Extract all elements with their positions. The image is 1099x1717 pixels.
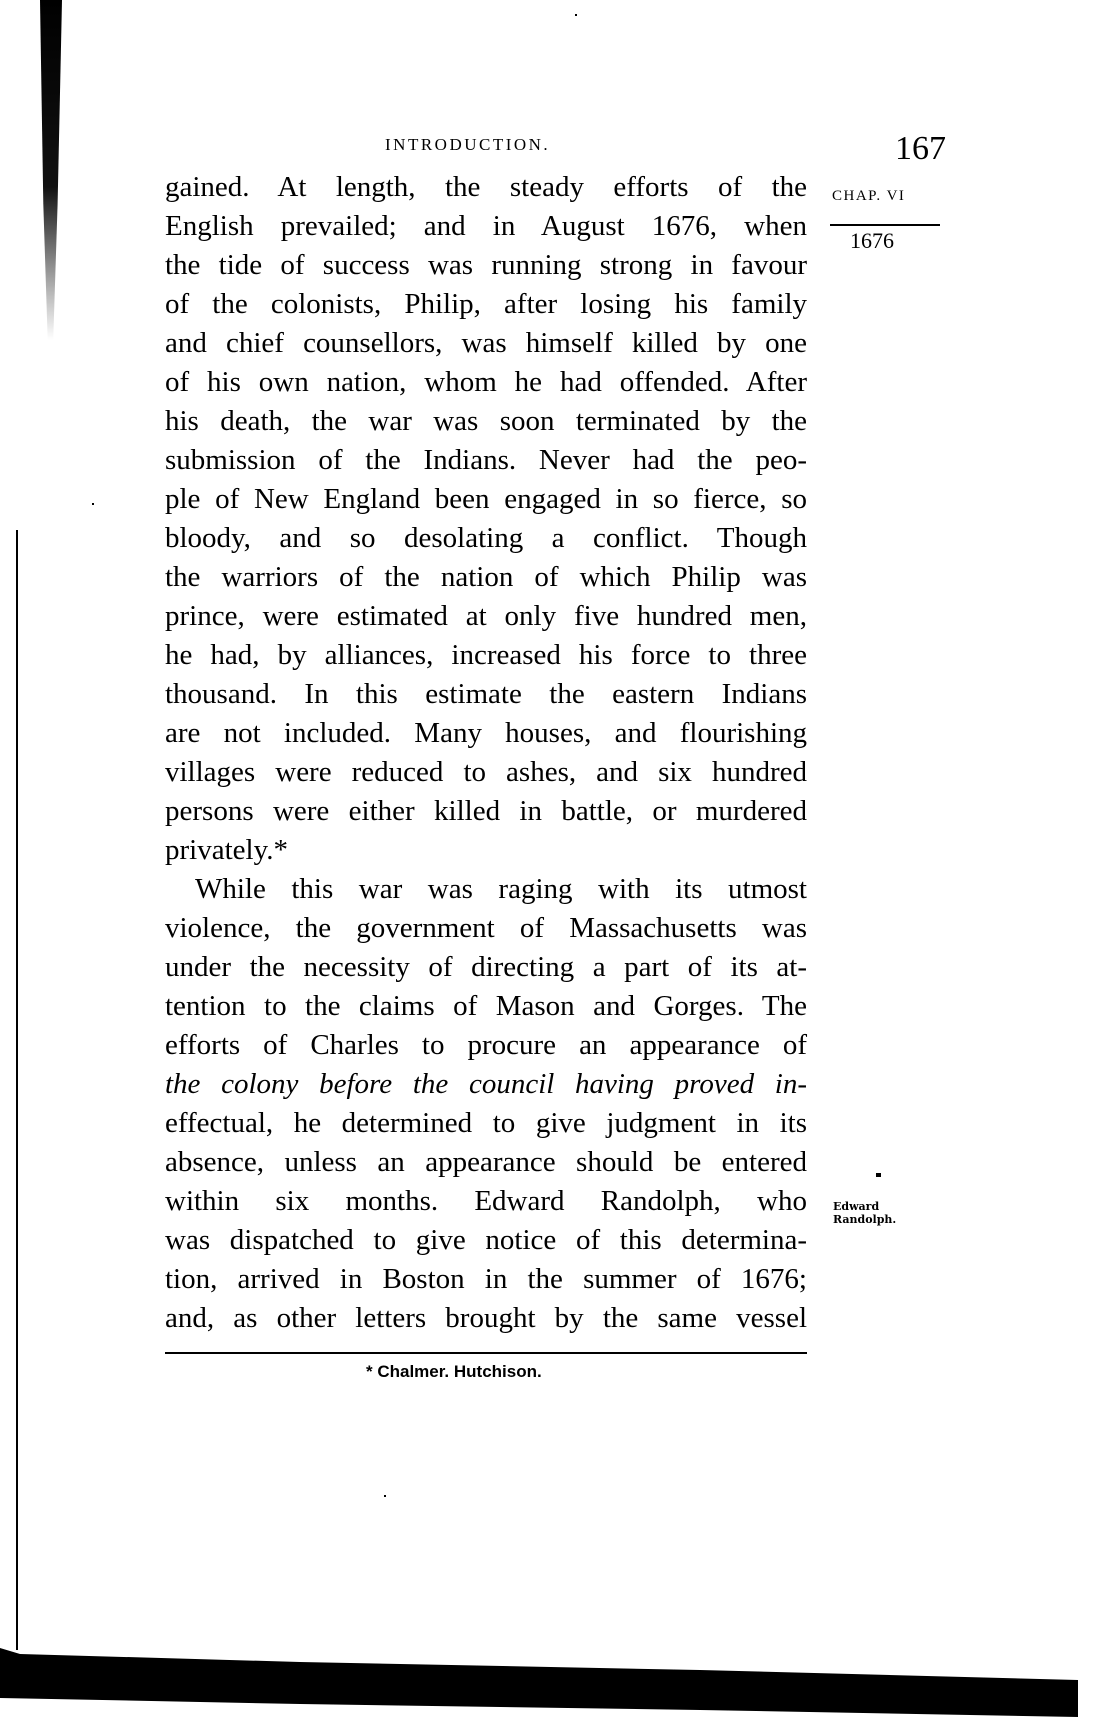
scan-speck (575, 14, 577, 16)
text-line: the warriors of the nation of which Phil… (165, 558, 807, 597)
side-note-line: Edward (833, 1200, 896, 1213)
body-text: gained. At length, the steady efforts of… (165, 168, 807, 1338)
footnote-rule (165, 1352, 807, 1354)
page-number: 167 (895, 130, 946, 168)
text-line: tion, arrived in Boston in the summer of… (165, 1260, 807, 1299)
text-line: effectual, he determined to give judgmen… (165, 1104, 807, 1143)
text-line: the colony before the council having pro… (165, 1065, 807, 1104)
text-line: submission of the Indians. Never had the… (165, 441, 807, 480)
text-line: violence, the government of Massachusett… (165, 909, 807, 948)
scan-speck (92, 503, 94, 505)
running-head: INTRODUCTION. (385, 135, 550, 155)
text-line: privately.* (165, 831, 807, 870)
text-line: efforts of Charles to procure an appeara… (165, 1026, 807, 1065)
text-line: villages were reduced to ashes, and six … (165, 753, 807, 792)
text-line: of the colonists, Philip, after losing h… (165, 285, 807, 324)
text-line: he had, by alliances, increased his forc… (165, 636, 807, 675)
scanned-book-page: INTRODUCTION. 167 CHAP. VI 1676 gained. … (0, 0, 1099, 1717)
paragraph-start-line: While this war was raging with its utmos… (165, 870, 807, 909)
side-note-line: Randolph. (833, 1213, 896, 1226)
text-line: bloody, and so desolating a conflict. Th… (165, 519, 807, 558)
text-line: English prevailed; and in August 1676, w… (165, 207, 807, 246)
page-edge-line (16, 530, 18, 1650)
scan-speck (384, 1495, 386, 1497)
text-line: of his own nation, whom he had offended.… (165, 363, 807, 402)
text-line: his death, the war was soon terminated b… (165, 402, 807, 441)
text-line: thousand. In this estimate the eastern I… (165, 675, 807, 714)
text-line: ple of New England been engaged in so fi… (165, 480, 807, 519)
text-line: and, as other letters brought by the sam… (165, 1299, 807, 1338)
text-line: prince, were estimated at only five hund… (165, 597, 807, 636)
text-line: tention to the claims of Mason and Gorge… (165, 987, 807, 1026)
footnote: * Chalmer. Hutchison. (366, 1362, 542, 1382)
margin-year: 1676 (850, 228, 894, 254)
margin-mark (876, 1173, 881, 1177)
text-line: persons were either killed in battle, or… (165, 792, 807, 831)
margin-rule (830, 224, 940, 226)
text-line: under the necessity of directing a part … (165, 948, 807, 987)
margin-side-note: Edward Randolph. (833, 1200, 896, 1226)
text-line: are not included. Many houses, and flour… (165, 714, 807, 753)
text-line: was dispatched to give notice of this de… (165, 1221, 807, 1260)
binding-shadow (40, 0, 62, 340)
text-line: the tide of success was running strong i… (165, 246, 807, 285)
text-line: gained. At length, the steady efforts of… (165, 168, 807, 207)
scan-bottom-edge (0, 1640, 1078, 1717)
text-line: absence, unless an appearance should be … (165, 1143, 807, 1182)
margin-chapter-label: CHAP. VI (832, 188, 905, 205)
text-line: and chief counsellors, was himself kille… (165, 324, 807, 363)
text-line: within six months. Edward Randolph, who (165, 1182, 807, 1221)
